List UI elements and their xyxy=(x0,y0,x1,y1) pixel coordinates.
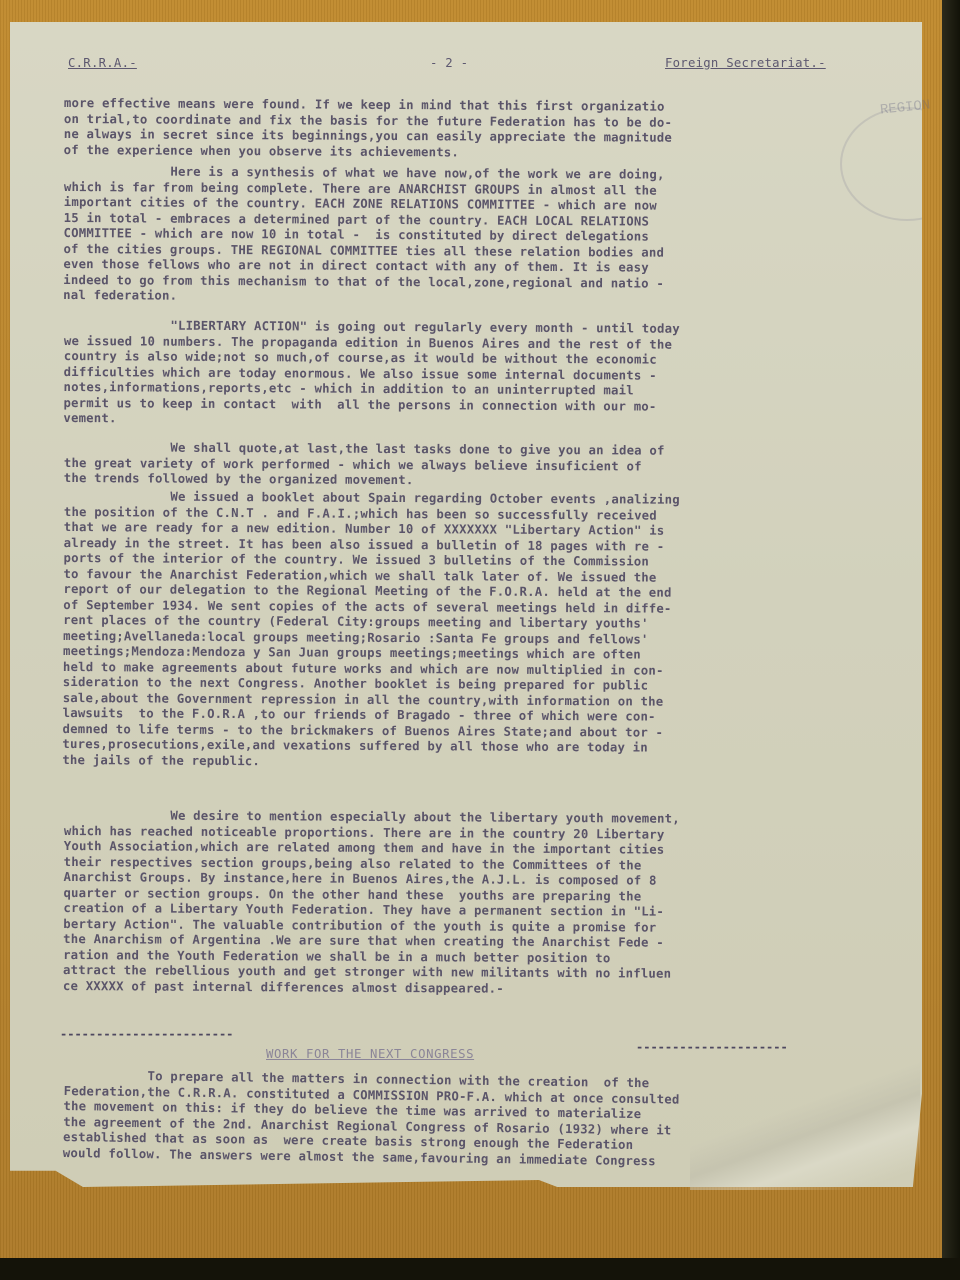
paragraph-tasks-list: We issued a booklet about Spain regardin… xyxy=(62,489,924,773)
paragraph-next-congress: To prepare all the matters in connection… xyxy=(63,1068,924,1173)
header-department: Foreign Secretariat.- xyxy=(665,56,960,70)
paragraph-synthesis: Here is a synthesis of what we have now,… xyxy=(63,164,924,309)
background-edge-right xyxy=(942,0,960,1280)
paragraph-libertary-action: "LIBERTARY ACTION" is going out regularl… xyxy=(63,318,924,432)
separator-right: --------------------- xyxy=(636,1040,788,1054)
paragraph-tasks-intro: We shall quote,at last,the last tasks do… xyxy=(64,440,924,492)
paragraph-intro: more effective means were found. If we k… xyxy=(64,96,924,163)
background-edge-bottom xyxy=(0,1258,960,1280)
paragraph-youth-movement: We desire to mention especially about th… xyxy=(63,808,924,999)
section-title: WORK FOR THE NEXT CONGRESS xyxy=(266,1047,474,1061)
separator-left: ------------------------ xyxy=(60,1027,233,1041)
